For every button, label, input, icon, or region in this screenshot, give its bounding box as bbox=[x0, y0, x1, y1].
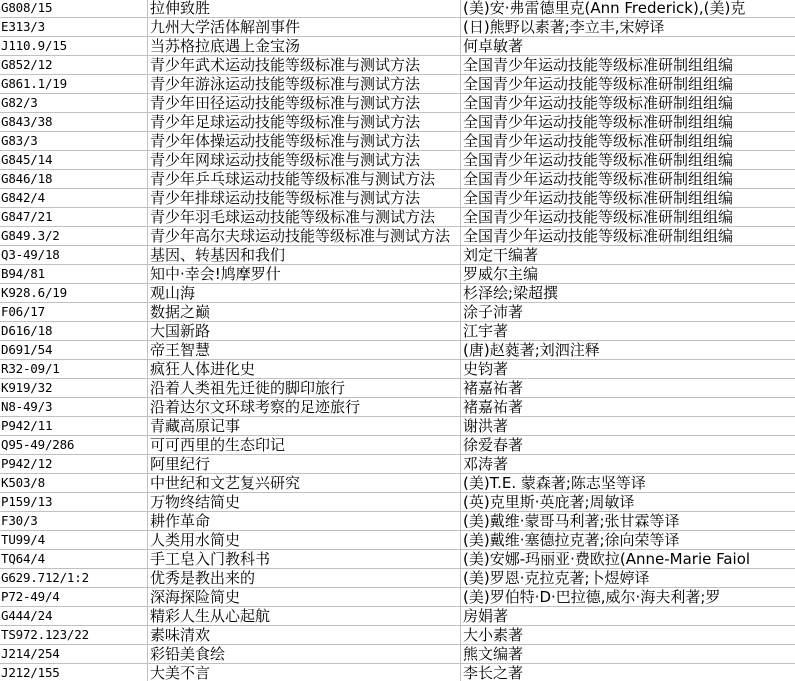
cell-call-number[interactable]: J212/155 bbox=[0, 664, 148, 681]
cell-title[interactable]: 人类用水简史 bbox=[148, 531, 461, 549]
cell-call-number[interactable]: N8-49/3 bbox=[0, 398, 148, 416]
cell-title[interactable]: 大美不言 bbox=[148, 664, 461, 681]
cell-title[interactable]: 青少年乒乓球运动技能等级标准与测试方法 bbox=[148, 170, 461, 188]
cell-author[interactable]: (美)戴维·塞德拉克著;徐向荣等译 bbox=[461, 531, 795, 549]
cell-call-number[interactable]: R32-09/1 bbox=[0, 360, 148, 378]
cell-call-number[interactable]: K503/8 bbox=[0, 474, 148, 492]
table-row: E313/3九州大学活体解剖事件(日)熊野以素著;李立丰,宋婷译 bbox=[0, 18, 795, 37]
cell-author[interactable]: 全国青少年运动技能等级标准研制组组编 bbox=[461, 113, 795, 131]
cell-call-number[interactable]: Q3-49/18 bbox=[0, 246, 148, 264]
cell-author[interactable]: (美)安·弗雷德里克(Ann Frederick),(美)克 bbox=[461, 0, 795, 17]
cell-title[interactable]: 帝王智慧 bbox=[148, 341, 461, 359]
cell-title[interactable]: 拉伸致胜 bbox=[148, 0, 461, 17]
cell-author[interactable]: 熊文编著 bbox=[461, 645, 795, 663]
cell-call-number[interactable]: G83/3 bbox=[0, 132, 148, 150]
table-row: G845/14青少年网球运动技能等级标准与测试方法全国青少年运动技能等级标准研制… bbox=[0, 151, 795, 170]
cell-call-number[interactable]: G808/15 bbox=[0, 0, 148, 17]
cell-call-number[interactable]: TQ64/4 bbox=[0, 550, 148, 568]
cell-call-number[interactable]: F06/17 bbox=[0, 303, 148, 321]
cell-author[interactable]: 何卓敏著 bbox=[461, 37, 795, 55]
cell-call-number[interactable]: G847/21 bbox=[0, 208, 148, 226]
cell-author[interactable]: 房娟著 bbox=[461, 607, 795, 625]
cell-call-number[interactable]: F30/3 bbox=[0, 512, 148, 530]
table-row: G847/21青少年羽毛球运动技能等级标准与测试方法全国青少年运动技能等级标准研… bbox=[0, 208, 795, 227]
cell-title[interactable]: 沿着达尔文环球考察的足迹旅行 bbox=[148, 398, 461, 416]
cell-call-number[interactable]: J214/254 bbox=[0, 645, 148, 663]
cell-call-number[interactable]: P159/13 bbox=[0, 493, 148, 511]
cell-author[interactable]: 刘定干编著 bbox=[461, 246, 795, 264]
cell-call-number[interactable]: D616/18 bbox=[0, 322, 148, 340]
table-row: P942/12阿里纪行邓涛著 bbox=[0, 455, 795, 474]
table-row: TQ64/4手工皂入门教科书(美)安娜-玛丽亚·费欧拉(Anne-Marie F… bbox=[0, 550, 795, 569]
table-row: B94/81知中·幸会!鸠摩罗什罗威尔主编 bbox=[0, 265, 795, 284]
cell-author[interactable]: (日)熊野以素著;李立丰,宋婷译 bbox=[461, 18, 795, 36]
cell-call-number[interactable]: G845/14 bbox=[0, 151, 148, 169]
table-row: TS972.123/22素味清欢大小素著 bbox=[0, 626, 795, 645]
cell-call-number[interactable]: P72-49/4 bbox=[0, 588, 148, 606]
table-row: G82/3青少年田径运动技能等级标准与测试方法全国青少年运动技能等级标准研制组组… bbox=[0, 94, 795, 113]
cell-title[interactable]: 可可西里的生态印记 bbox=[148, 436, 461, 454]
cell-call-number[interactable]: G629.712/1:2 bbox=[0, 569, 148, 587]
table-row: G861.1/19青少年游泳运动技能等级标准与测试方法全国青少年运动技能等级标准… bbox=[0, 75, 795, 94]
cell-title[interactable]: 青少年体操运动技能等级标准与测试方法 bbox=[148, 132, 461, 150]
cell-author[interactable]: 全国青少年运动技能等级标准研制组组编 bbox=[461, 94, 795, 112]
cell-call-number[interactable]: K928.6/19 bbox=[0, 284, 148, 302]
cell-call-number[interactable]: Q95-49/286 bbox=[0, 436, 148, 454]
cell-title[interactable]: 深海探险简史 bbox=[148, 588, 461, 606]
cell-author[interactable]: 徐爱春著 bbox=[461, 436, 795, 454]
table-row: P72-49/4深海探险简史(美)罗伯特·D·巴拉德,威尔·海夫利著;罗 bbox=[0, 588, 795, 607]
cell-call-number[interactable]: G849.3/2 bbox=[0, 227, 148, 245]
cell-author[interactable]: 全国青少年运动技能等级标准研制组组编 bbox=[461, 170, 795, 188]
table-row: G83/3青少年体操运动技能等级标准与测试方法全国青少年运动技能等级标准研制组组… bbox=[0, 132, 795, 151]
spreadsheet-grid: G808/15拉伸致胜(美)安·弗雷德里克(Ann Frederick),(美)… bbox=[0, 0, 795, 681]
cell-title[interactable]: 青少年排球运动技能等级标准与测试方法 bbox=[148, 189, 461, 207]
cell-title[interactable]: 青少年高尔夫球运动技能等级标准与测试方法 bbox=[148, 227, 461, 245]
table-row: P942/11青藏高原记事谢洪著 bbox=[0, 417, 795, 436]
cell-call-number[interactable]: D691/54 bbox=[0, 341, 148, 359]
cell-call-number[interactable]: TU99/4 bbox=[0, 531, 148, 549]
cell-title[interactable]: 优秀是教出来的 bbox=[148, 569, 461, 587]
cell-author[interactable]: 涂子沛著 bbox=[461, 303, 795, 321]
cell-title[interactable]: 手工皂入门教科书 bbox=[148, 550, 461, 568]
table-row: D691/54帝王智慧(唐)赵蕤著;刘泗注释 bbox=[0, 341, 795, 360]
table-row: K503/8中世纪和文艺复兴研究(美)T.E. 蒙森著;陈志坚等译 bbox=[0, 474, 795, 493]
cell-author[interactable]: 全国青少年运动技能等级标准研制组组编 bbox=[461, 151, 795, 169]
cell-call-number[interactable]: G82/3 bbox=[0, 94, 148, 112]
cell-author[interactable]: (美)T.E. 蒙森著;陈志坚等译 bbox=[461, 474, 795, 492]
cell-title[interactable]: 基因、转基因和我们 bbox=[148, 246, 461, 264]
cell-title[interactable]: 青少年武术运动技能等级标准与测试方法 bbox=[148, 56, 461, 74]
table-row: G629.712/1:2优秀是教出来的(美)罗恩·克拉克著;卜煜婷译 bbox=[0, 569, 795, 588]
cell-title[interactable]: 沿着人类祖先迁徙的脚印旅行 bbox=[148, 379, 461, 397]
table-row: TU99/4人类用水简史(美)戴维·塞德拉克著;徐向荣等译 bbox=[0, 531, 795, 550]
table-row: R32-09/1疯狂人体进化史史钧著 bbox=[0, 360, 795, 379]
cell-title[interactable]: 中世纪和文艺复兴研究 bbox=[148, 474, 461, 492]
cell-title[interactable]: 青少年网球运动技能等级标准与测试方法 bbox=[148, 151, 461, 169]
cell-call-number[interactable]: B94/81 bbox=[0, 265, 148, 283]
cell-title[interactable]: 青藏高原记事 bbox=[148, 417, 461, 435]
table-row: J110.9/15当苏格拉底遇上金宝汤何卓敏著 bbox=[0, 37, 795, 56]
cell-author[interactable]: 大小素著 bbox=[461, 626, 795, 644]
cell-author[interactable]: (美)罗伯特·D·巴拉德,威尔·海夫利著;罗 bbox=[461, 588, 795, 606]
table-row: F06/17数据之巅涂子沛著 bbox=[0, 303, 795, 322]
cell-title[interactable]: 大国新路 bbox=[148, 322, 461, 340]
cell-author[interactable]: 杉泽绘;梁超撰 bbox=[461, 284, 795, 302]
cell-title[interactable]: 青少年足球运动技能等级标准与测试方法 bbox=[148, 113, 461, 131]
cell-call-number[interactable]: K919/32 bbox=[0, 379, 148, 397]
cell-call-number[interactable]: G842/4 bbox=[0, 189, 148, 207]
table-row: G852/12青少年武术运动技能等级标准与测试方法全国青少年运动技能等级标准研制… bbox=[0, 56, 795, 75]
table-row: G808/15拉伸致胜(美)安·弗雷德里克(Ann Frederick),(美)… bbox=[0, 0, 795, 18]
cell-title[interactable]: 素味清欢 bbox=[148, 626, 461, 644]
table-row: J214/254彩铅美食绘熊文编著 bbox=[0, 645, 795, 664]
cell-title[interactable]: 耕作革命 bbox=[148, 512, 461, 530]
table-row: D616/18大国新路江宇著 bbox=[0, 322, 795, 341]
cell-call-number[interactable]: G846/18 bbox=[0, 170, 148, 188]
cell-author[interactable]: 全国青少年运动技能等级标准研制组组编 bbox=[461, 132, 795, 150]
cell-author[interactable]: (英)克里斯·英庇著;周敏译 bbox=[461, 493, 795, 511]
cell-title[interactable]: 当苏格拉底遇上金宝汤 bbox=[148, 37, 461, 55]
cell-author[interactable]: (美)戴维·蒙哥马利著;张甘霖等译 bbox=[461, 512, 795, 530]
cell-call-number[interactable]: G852/12 bbox=[0, 56, 148, 74]
cell-title[interactable]: 精彩人生从心起航 bbox=[148, 607, 461, 625]
cell-title[interactable]: 青少年羽毛球运动技能等级标准与测试方法 bbox=[148, 208, 461, 226]
cell-author[interactable]: 褚嘉祐著 bbox=[461, 398, 795, 416]
cell-author[interactable]: 江宇著 bbox=[461, 322, 795, 340]
table-row: J212/155大美不言李长之著 bbox=[0, 664, 795, 681]
cell-title[interactable]: 九州大学活体解剖事件 bbox=[148, 18, 461, 36]
cell-call-number[interactable]: E313/3 bbox=[0, 18, 148, 36]
cell-call-number[interactable]: J110.9/15 bbox=[0, 37, 148, 55]
cell-author[interactable]: 李长之著 bbox=[461, 664, 795, 681]
cell-title[interactable]: 阿里纪行 bbox=[148, 455, 461, 473]
cell-title[interactable]: 数据之巅 bbox=[148, 303, 461, 321]
table-row: Q95-49/286可可西里的生态印记徐爱春著 bbox=[0, 436, 795, 455]
cell-author[interactable]: 罗威尔主编 bbox=[461, 265, 795, 283]
cell-call-number[interactable]: G444/24 bbox=[0, 607, 148, 625]
table-row: G444/24精彩人生从心起航房娟著 bbox=[0, 607, 795, 626]
cell-title[interactable]: 疯狂人体进化史 bbox=[148, 360, 461, 378]
cell-call-number[interactable]: G861.1/19 bbox=[0, 75, 148, 93]
cell-author[interactable]: 全国青少年运动技能等级标准研制组组编 bbox=[461, 189, 795, 207]
cell-title[interactable]: 万物终结简史 bbox=[148, 493, 461, 511]
table-row: Q3-49/18基因、转基因和我们刘定干编著 bbox=[0, 246, 795, 265]
cell-author[interactable]: 全国青少年运动技能等级标准研制组组编 bbox=[461, 56, 795, 74]
cell-title[interactable]: 观山海 bbox=[148, 284, 461, 302]
table-row: G849.3/2青少年高尔夫球运动技能等级标准与测试方法全国青少年运动技能等级标… bbox=[0, 227, 795, 246]
table-row: F30/3耕作革命(美)戴维·蒙哥马利著;张甘霖等译 bbox=[0, 512, 795, 531]
cell-author[interactable]: 谢洪著 bbox=[461, 417, 795, 435]
cell-author[interactable]: 全国青少年运动技能等级标准研制组组编 bbox=[461, 208, 795, 226]
cell-call-number[interactable]: P942/12 bbox=[0, 455, 148, 473]
cell-title[interactable]: 青少年田径运动技能等级标准与测试方法 bbox=[148, 94, 461, 112]
cell-author[interactable]: 史钧著 bbox=[461, 360, 795, 378]
cell-author[interactable]: 全国青少年运动技能等级标准研制组组编 bbox=[461, 227, 795, 245]
cell-title[interactable]: 青少年游泳运动技能等级标准与测试方法 bbox=[148, 75, 461, 93]
table-row: G846/18青少年乒乓球运动技能等级标准与测试方法全国青少年运动技能等级标准研… bbox=[0, 170, 795, 189]
cell-author[interactable]: (唐)赵蕤著;刘泗注释 bbox=[461, 341, 795, 359]
cell-call-number[interactable]: G843/38 bbox=[0, 113, 148, 131]
table-row: K928.6/19观山海杉泽绘;梁超撰 bbox=[0, 284, 795, 303]
table-row: P159/13万物终结简史(英)克里斯·英庇著;周敏译 bbox=[0, 493, 795, 512]
cell-author[interactable]: 全国青少年运动技能等级标准研制组组编 bbox=[461, 75, 795, 93]
cell-author[interactable]: 邓涛著 bbox=[461, 455, 795, 473]
cell-call-number[interactable]: TS972.123/22 bbox=[0, 626, 148, 644]
table-row: N8-49/3沿着达尔文环球考察的足迹旅行褚嘉祐著 bbox=[0, 398, 795, 417]
cell-author[interactable]: 褚嘉祐著 bbox=[461, 379, 795, 397]
table-row: G843/38青少年足球运动技能等级标准与测试方法全国青少年运动技能等级标准研制… bbox=[0, 113, 795, 132]
table-row: G842/4青少年排球运动技能等级标准与测试方法全国青少年运动技能等级标准研制组… bbox=[0, 189, 795, 208]
table-row: K919/32沿着人类祖先迁徙的脚印旅行褚嘉祐著 bbox=[0, 379, 795, 398]
cell-title[interactable]: 彩铅美食绘 bbox=[148, 645, 461, 663]
cell-author[interactable]: (美)安娜-玛丽亚·费欧拉(Anne-Marie Faiol bbox=[461, 550, 795, 568]
cell-title[interactable]: 知中·幸会!鸠摩罗什 bbox=[148, 265, 461, 283]
cell-call-number[interactable]: P942/11 bbox=[0, 417, 148, 435]
cell-author[interactable]: (美)罗恩·克拉克著;卜煜婷译 bbox=[461, 569, 795, 587]
